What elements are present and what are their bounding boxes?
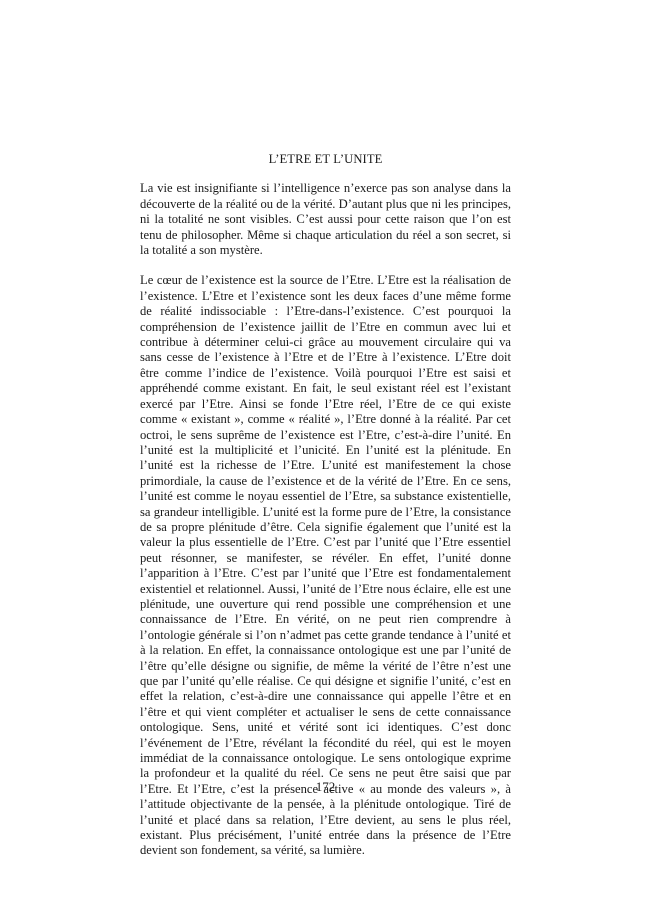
chapter-title: L’ETRE ET L’UNITE [140, 152, 511, 167]
paragraph-2: Le cœur de l’existence est la source de … [140, 273, 511, 858]
paragraph-1: La vie est insignifiante si l’intelligen… [140, 181, 511, 258]
page-number: 172 [140, 779, 511, 795]
page-body: L’ETRE ET L’UNITE La vie est insignifian… [140, 152, 511, 874]
